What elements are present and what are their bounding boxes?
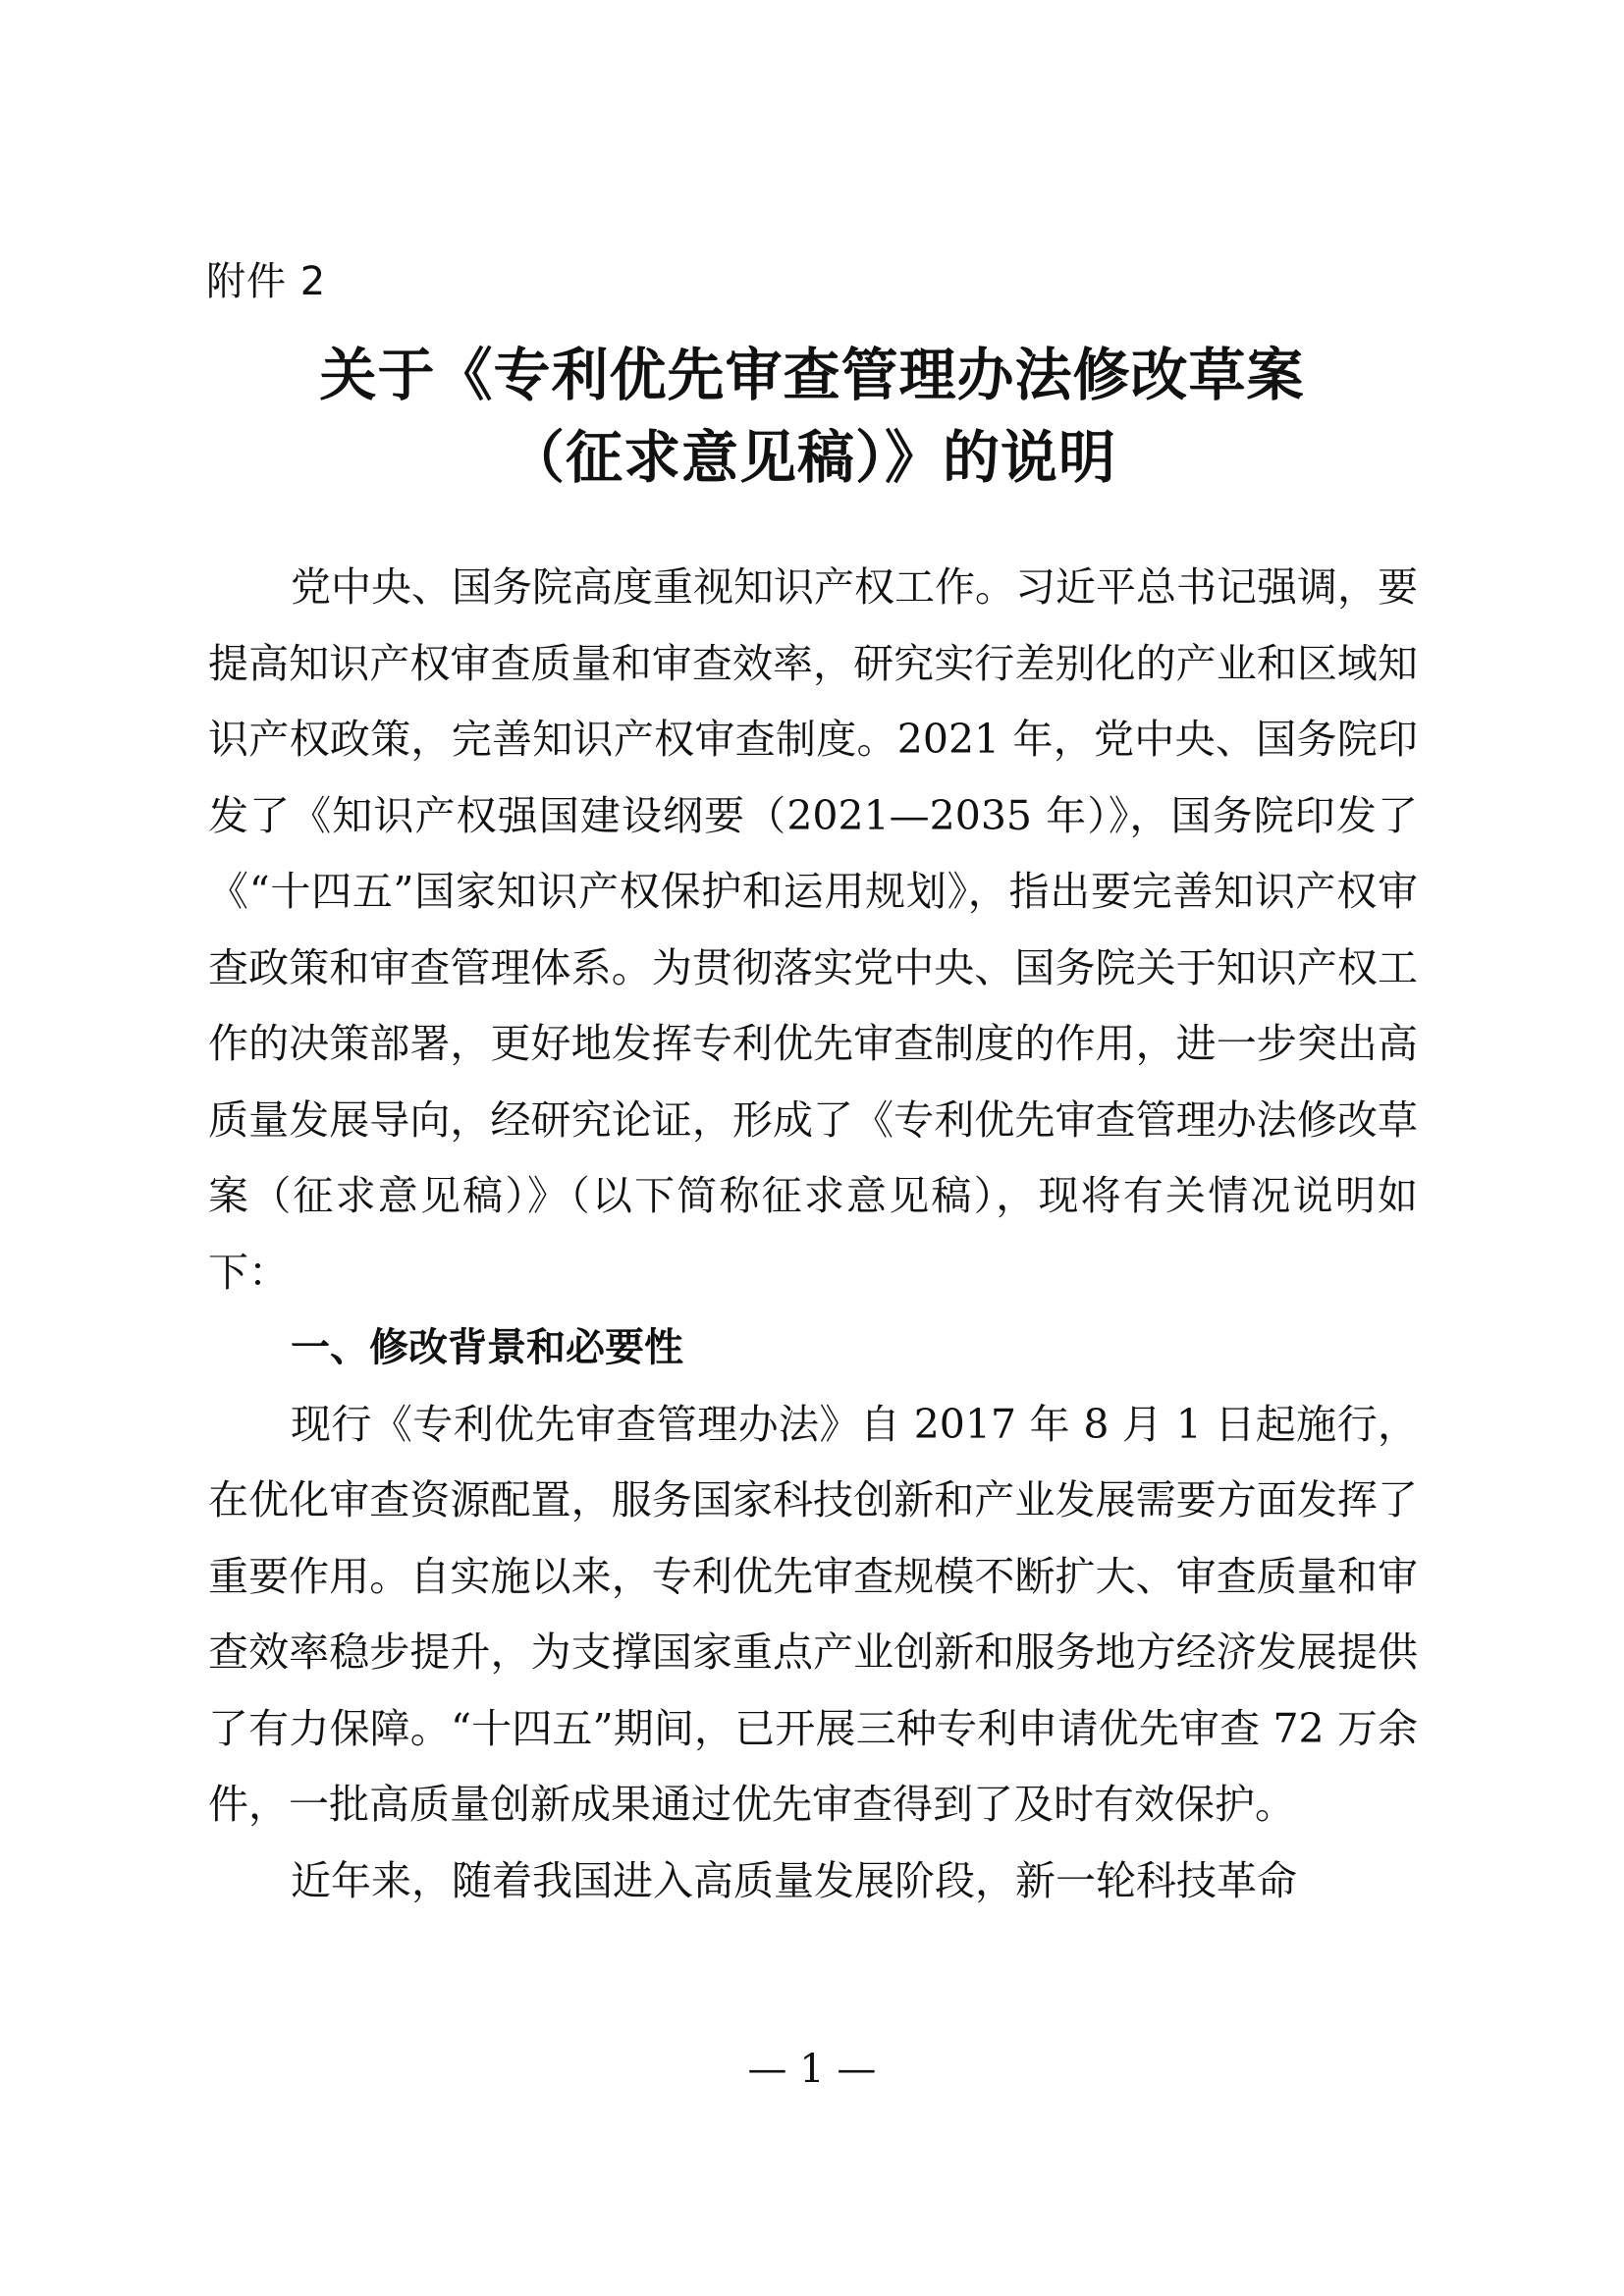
page-number: — 1 — (0, 2046, 1624, 2093)
background-paragraph: 现行《专利优先审查管理办法》自 2017 年 8 月 1 日起施行，在优化审查资… (208, 1387, 1418, 1843)
document-page: 附件 2 关于《专利优先审查管理办法修改草案 （征求意见稿）》的说明 党中央、国… (0, 0, 1624, 2296)
recent-years-paragraph: 近年来，随着我国进入高质量发展阶段，新一轮科技革命 (208, 1843, 1418, 1920)
document-body: 党中央、国务院高度重视知识产权工作。习近平总书记强调，要提高知识产权审查质量和审… (208, 550, 1418, 1919)
title-line-1: 关于《专利优先审查管理办法修改草案 (196, 334, 1428, 416)
title-line-2: （征求意见稿）》的说明 (196, 416, 1428, 499)
attachment-label: 附件 2 (206, 257, 326, 306)
section-heading: 一、修改背景和必要性 (208, 1310, 1418, 1387)
intro-paragraph: 党中央、国务院高度重视知识产权工作。习近平总书记强调，要提高知识产权审查质量和审… (208, 550, 1418, 1310)
document-title: 关于《专利优先审查管理办法修改草案 （征求意见稿）》的说明 (196, 334, 1428, 499)
